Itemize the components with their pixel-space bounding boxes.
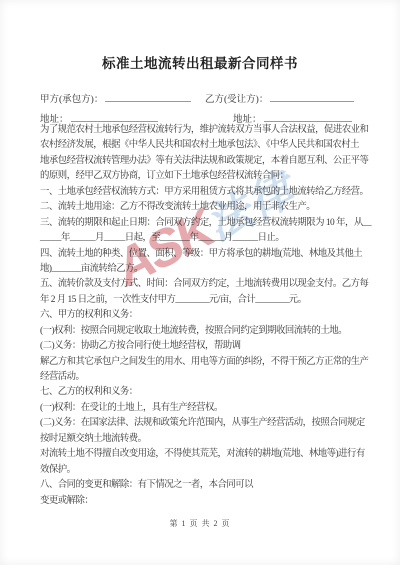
body-line: 八、合同的变更和解除：有下情况之一者，本合同可以 (40, 478, 372, 493)
body-line: 解乙方和其它承包户之间发生的用水、用电等方面的纠纷，不得干预乙方正常的生产 (40, 355, 372, 370)
body-line: 为了规范农村土地承包经营权流转行为，维护流转双方当事人合法权益，促进农业和 (40, 123, 372, 138)
body-line: _____年______月_____日起，至_______年______月___… (40, 231, 372, 246)
body-line: 效保护。 (40, 463, 372, 478)
party-a-blank (105, 92, 191, 102)
body-line: 一、土地承包经营权流转方式：甲方采用租赁方式将其承包的土地流转给乙方经营。 (40, 185, 372, 200)
body-line: 经营活动。 (40, 370, 372, 385)
body-line: 地)_______亩流转给乙方。 (40, 262, 372, 277)
body-line: 七、乙方的权利和义务： (40, 385, 372, 400)
document-title: 标准土地流转出租最新合同样书 (0, 52, 400, 72)
body-line: 五、流转价款及支付方式、时间：合同双方约定，土地流转费用以现金支付。乙方每 (40, 277, 372, 292)
body-line: 的原则，经甲乙双方协商，订立如下土地承包经营权流转合同： (40, 169, 372, 184)
body-line: 三、流转的期限和起止日期：合同双方约定，土地承包经营权流转期限为 10 年，从_… (40, 216, 372, 231)
party-a-field: 甲方(承包方)： (40, 91, 205, 105)
contract-page: ASK法律 标准土地流转出租最新合同样书 甲方(承包方)： 乙方(受让方)： 地… (0, 0, 400, 565)
body-line: 农村经济发展，根据《中华人民共和国农村土地承包法》、《中华人民共和国农村土 (40, 138, 372, 153)
parties-row: 甲方(承包方)： 乙方(受让方)： (40, 91, 372, 105)
body-line: 对流转土地不得擅自改变用途，不得使其荒芜，对流转的耕地(荒地、林地等)进行有 (40, 447, 372, 462)
body-line: 地承包经营权流转管理办法》等有关法律法规和政策规定，本着自愿互利、公正平等 (40, 154, 372, 169)
body-line: (一)权利：按照合同规定收取土地流转费，按照合同约定到期收回流转的土地。 (40, 324, 372, 339)
party-a-label: 甲方(承包方)： (40, 95, 103, 105)
contract-body: 为了规范农村土地承包经营权流转行为，维护流转双方当事人合法权益，促进农业和 农村… (40, 123, 372, 509)
body-line: 按时足额交纳土地流转费。 (40, 432, 372, 447)
address-a-blank (71, 112, 158, 122)
body-line: 四、流转土地的种类、位置、面积、等级：甲方将承包的耕地(荒地、林地及其他土 (40, 247, 372, 262)
address-b-blank (264, 112, 352, 122)
party-b-label: 乙方(受让方)： (205, 95, 268, 105)
body-line: 年 2 月 15 日之前，一次性支付甲方________元/亩，合计______… (40, 293, 372, 308)
party-b-field: 乙方(受让方)： (205, 91, 372, 105)
body-line: (二)义务：协助乙方按合同行使土地经营权，帮助调 (40, 339, 372, 354)
body-line: (二)义务：在国家法律、法规和政策允许范围内，从事生产经营活动，按照合同规定 (40, 416, 372, 431)
body-line: 变更或解除： (40, 494, 372, 509)
body-line: 二、流转土地用途：乙方不得改变流转土地农业用途，用于非农生产。 (40, 200, 372, 215)
body-line: 六、甲方的权利和义务： (40, 308, 372, 323)
body-line: (一)权利：在受让的土地上，具有生产经营权。 (40, 401, 372, 416)
page-number-footer: 第 1 页 共 2 页 (0, 518, 400, 529)
party-b-blank (270, 92, 354, 102)
